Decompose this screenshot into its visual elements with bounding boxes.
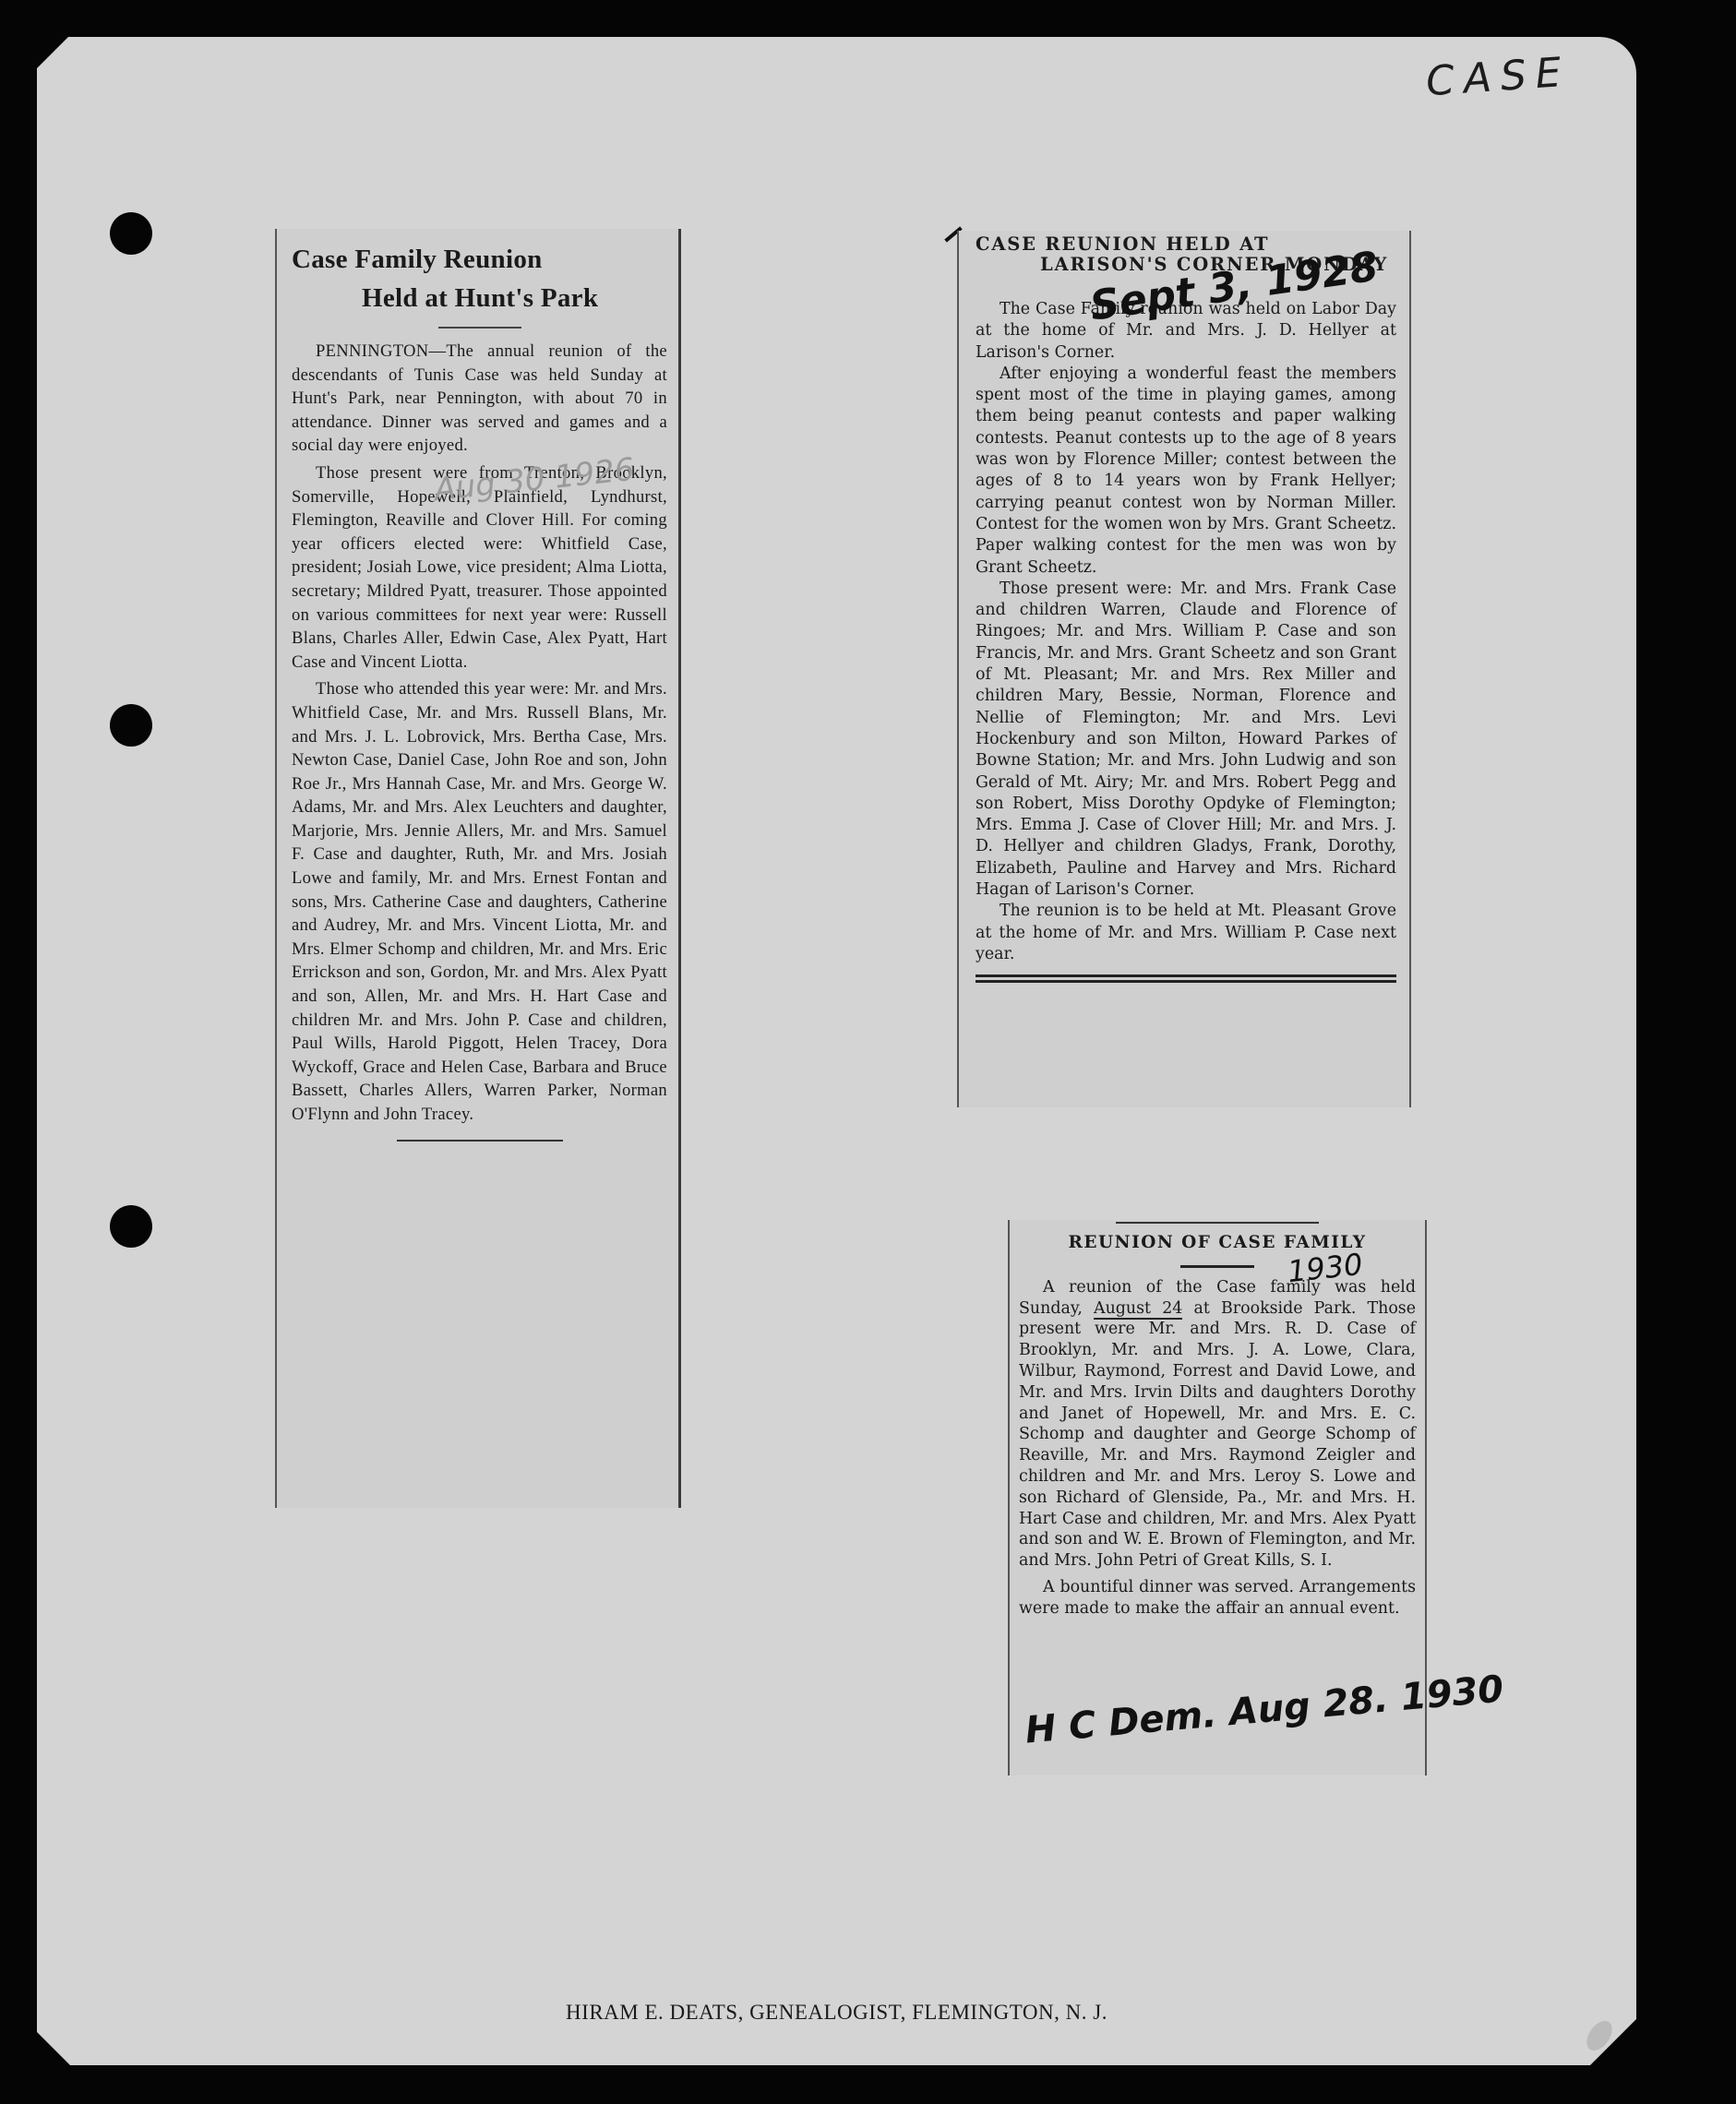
binder-hole-top	[110, 212, 152, 255]
binder-hole-middle	[110, 704, 152, 747]
end-rule	[397, 1140, 563, 1142]
binder-hole-bottom	[110, 1205, 152, 1248]
surname-label: CASE	[1424, 49, 1572, 106]
clipping-1926: Case Family Reunion Held at Hunt's Park …	[275, 229, 681, 1508]
genealogist-footer: HIRAM E. DEATS, GENEALOGIST, FLEMINGTON,…	[37, 2001, 1636, 2025]
article-paragraph: After enjoying a wonderful feast the mem…	[976, 364, 1396, 579]
article-paragraph: The reunion is to be held at Mt. Pleasan…	[976, 901, 1396, 965]
headline-line-2: Held at Hunt's Park	[292, 282, 667, 314]
headline-line-1: Case Family Reunion	[292, 244, 667, 275]
underlined-date: August 24	[1094, 1299, 1182, 1320]
headline-rule	[1180, 1265, 1254, 1268]
article-paragraph: A bountiful dinner was served. Arrangeme…	[1019, 1577, 1416, 1620]
end-double-rule	[976, 974, 1396, 983]
article-paragraph: Those who attended this year were: Mr. a…	[292, 677, 667, 1126]
article-paragraph: Those present were: Mr. and Mrs. Frank C…	[976, 579, 1396, 901]
top-rule	[1116, 1222, 1319, 1224]
article-paragraph: A reunion of the Case family was held Su…	[1019, 1277, 1416, 1572]
clipping-1928: CASE REUNION HELD AT LARISON'S CORNER MO…	[957, 231, 1411, 1107]
article-paragraph: PENNINGTON—The annual reunion of the des…	[292, 340, 667, 458]
headline-rule	[438, 327, 521, 329]
